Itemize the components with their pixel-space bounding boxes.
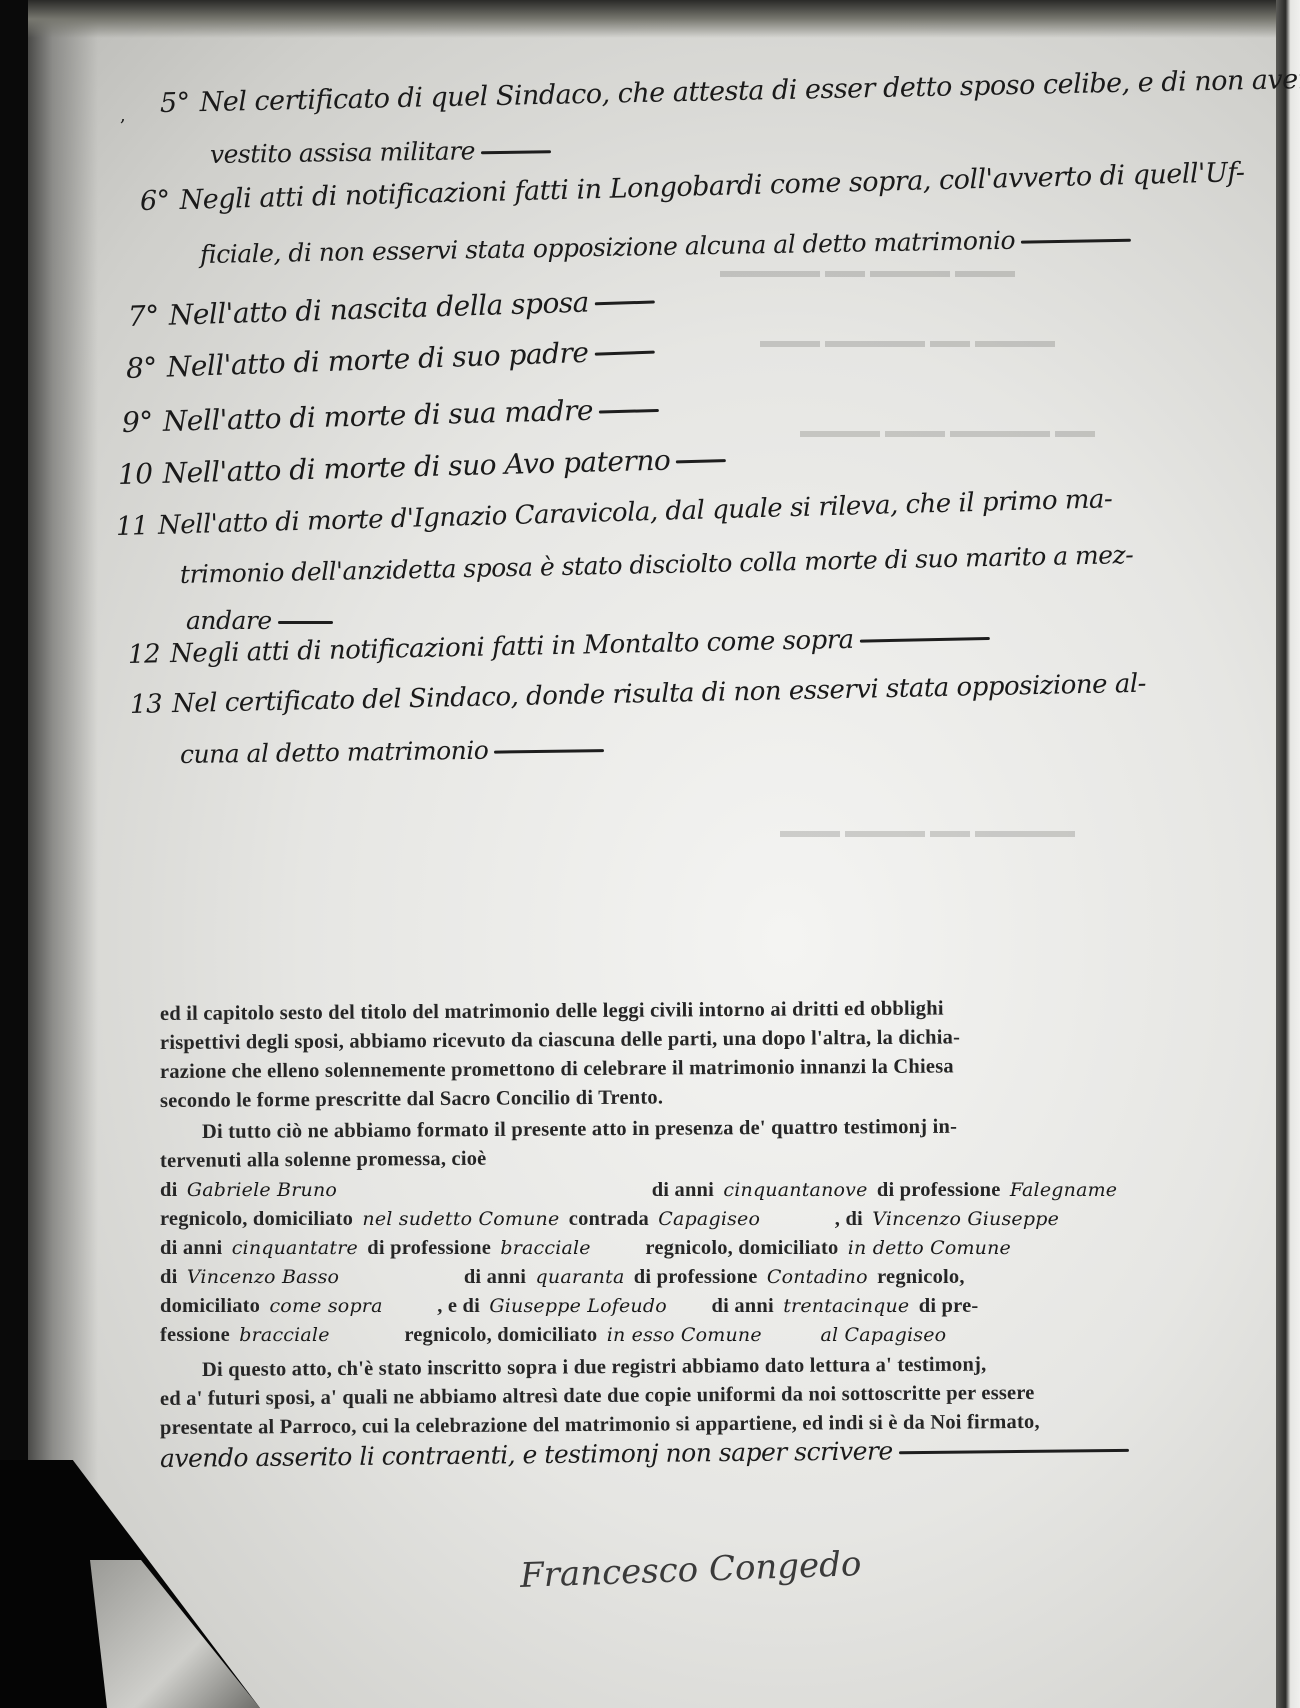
bleed-through-text: ▬▬ ▬▬▬▬▬ ▬▬▬ ▬▬▬▬: [800, 420, 1095, 443]
witness-1-domicile-line: regnicolo, domiciliato nel sudetto Comun…: [160, 1205, 1063, 1234]
witness-4-profession: bracciale: [235, 1324, 333, 1346]
witness-4-domicile: in esso Comune: [603, 1324, 766, 1346]
witness-1-name: Gabriele Bruno: [183, 1179, 341, 1201]
witness-3-line: di Vincenzo Basso di anni quaranta di pr…: [160, 1263, 965, 1292]
witness-3-profession: Contadino: [763, 1266, 872, 1288]
list-item-13-continuation: cuna al detto matrimonio: [180, 734, 605, 769]
witness-1-line: di Gabriele Bruno di anni cinquantanove …: [160, 1176, 1121, 1205]
bleed-through-text: ▬▬▬▬ ▬▬ ▬▬▬▬▬ ▬▬▬: [760, 330, 1055, 353]
witness-3-name: Vincenzo Basso: [183, 1266, 343, 1288]
witness-2-domicile: in detto Comune: [844, 1237, 1015, 1259]
book-gutter-shadow: [28, 0, 98, 1708]
bleed-through-text: ▬▬▬ ▬▬▬▬ ▬▬ ▬▬▬▬▬: [720, 260, 1015, 283]
page-right-edge: [1276, 0, 1300, 1708]
list-item-11-continuation-2: andare: [186, 606, 333, 635]
witness-2-line: di anni cinquantatre di professione brac…: [160, 1234, 1015, 1263]
witness-3-domicile: come sopra: [265, 1295, 386, 1317]
witness-1-age: cinquantanove: [719, 1179, 871, 1201]
witness-2-name: Vincenzo Giuseppe: [868, 1208, 1063, 1230]
witness-3-age: quaranta: [532, 1266, 629, 1288]
witness-4-line: fessione bracciale regnicolo, domiciliat…: [160, 1321, 950, 1350]
witness-1-contrada: Capagiseo: [654, 1208, 764, 1230]
witness-1-profession: Falegname: [1006, 1179, 1121, 1201]
printed-line: tervenuti alla solenne promessa, cioè: [160, 1145, 487, 1176]
witness-2-profession: bracciale: [496, 1237, 594, 1259]
witness-3-domicile-line: domiciliato come sopra , e di Giuseppe L…: [160, 1292, 978, 1321]
witness-1-domicile: nel sudetto Comune: [358, 1208, 563, 1230]
list-item-5-continuation: vestito assisa militare: [210, 135, 551, 169]
top-edge-shadow: [28, 0, 1290, 38]
bleed-through-text: ▬▬▬▬▬ ▬▬ ▬▬▬▬ ▬▬▬: [780, 820, 1075, 843]
witness-2-age: cinquantatre: [228, 1237, 362, 1259]
witness-4-name: Giuseppe Lofeudo: [485, 1295, 670, 1317]
printed-line: secondo le forme prescritte dal Sacro Co…: [160, 1083, 663, 1116]
stray-mark: ,: [120, 105, 126, 126]
witness-4-contrada: al Capagiseo: [816, 1324, 950, 1346]
printed-line: Di tutto ciò ne abbiamo formato il prese…: [202, 1113, 957, 1147]
witness-4-age: trentacinque: [779, 1295, 913, 1317]
printed-line: razione che elleno solennemente prometto…: [160, 1052, 954, 1087]
